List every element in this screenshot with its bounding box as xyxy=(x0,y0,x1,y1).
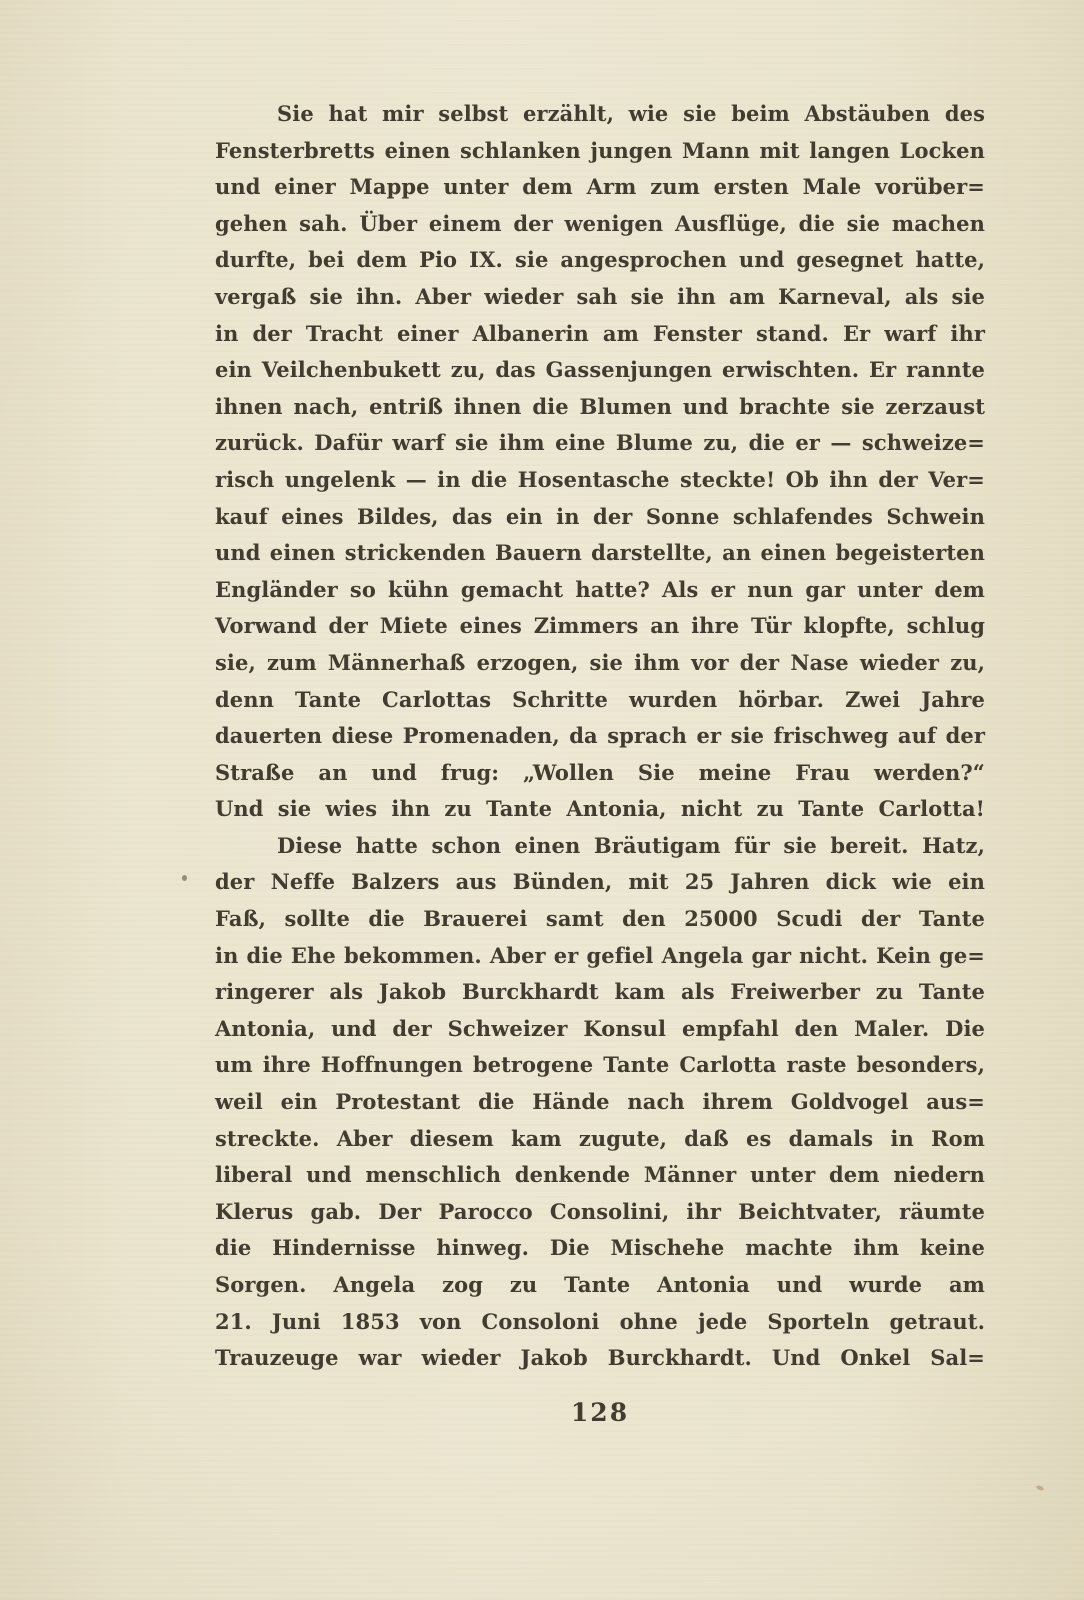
scan-artifact xyxy=(1036,1485,1045,1491)
text-line: sie, zum Männerhaß erzogen, sie ihm vor … xyxy=(215,645,985,682)
text-line: in die Ehe bekommen. Aber er gefiel Ange… xyxy=(215,938,985,975)
text-line: Fensterbretts einen schlanken jungen Man… xyxy=(215,133,985,170)
text-line: Sie hat mir selbst erzählt, wie sie beim… xyxy=(215,96,985,133)
text-line: kauf eines Bildes, das ein in der Sonne … xyxy=(215,499,985,536)
text-line: Straße an und frug: „Wollen Sie meine Fr… xyxy=(215,755,985,792)
text-line: und einer Mappe unter dem Arm zum ersten… xyxy=(215,169,985,206)
text-line: streckte. Aber diesem kam zugute, daß es… xyxy=(215,1121,985,1158)
text-line: weil ein Protestant die Hände nach ihrem… xyxy=(215,1084,985,1121)
text-line: Sorgen. Angela zog zu Tante Antonia und … xyxy=(215,1267,985,1304)
text-line: Faß, sollte die Brauerei samt den 25000 … xyxy=(215,901,985,938)
text-line: zurück. Dafür warf sie ihm eine Blume zu… xyxy=(215,425,985,462)
text-line: Engländer so kühn gemacht hatte? Als er … xyxy=(215,572,985,609)
text-line: ringerer als Jakob Burckhardt kam als Fr… xyxy=(215,974,985,1011)
paper-speck xyxy=(182,875,187,881)
text-line: denn Tante Carlottas Schritte wurden hör… xyxy=(215,682,985,719)
text-line: liberal und menschlich denkende Männer u… xyxy=(215,1157,985,1194)
book-page: Sie hat mir selbst erzählt, wie sie beim… xyxy=(0,0,1084,1600)
text-line: der Neffe Balzers aus Bünden, mit 25 Jah… xyxy=(215,864,985,901)
text-line: Und sie wies ihn zu Tante Antonia, nicht… xyxy=(215,791,985,828)
text-line: dauerten diese Promenaden, da sprach er … xyxy=(215,718,985,755)
text-line: risch ungelenk — in die Hosentasche stec… xyxy=(215,462,985,499)
text-line: Klerus gab. Der Parocco Consolini, ihr B… xyxy=(215,1194,985,1231)
text-line: ein Veilchenbukett zu, das Gassenjungen … xyxy=(215,352,985,389)
text-line: Diese hatte schon einen Bräutigam für si… xyxy=(215,828,985,865)
text-line: Vorwand der Miete eines Zimmers an ihre … xyxy=(215,608,985,645)
text-line: und einen strickenden Bauern darstellte,… xyxy=(215,535,985,572)
text-line: Antonia, und der Schweizer Konsul empfah… xyxy=(215,1011,985,1048)
text-line: in der Tracht einer Albanerin am Fenster… xyxy=(215,316,985,353)
text-line: ihnen nach, entriß ihnen die Blumen und … xyxy=(215,389,985,426)
page-text-block: Sie hat mir selbst erzählt, wie sie beim… xyxy=(215,96,985,1377)
text-line: um ihre Hoffnungen betrogene Tante Carlo… xyxy=(215,1047,985,1084)
text-line: vergaß sie ihn. Aber wieder sah sie ihn … xyxy=(215,279,985,316)
text-line: die Hindernisse hinweg. Die Mischehe mac… xyxy=(215,1230,985,1267)
text-line: 21. Juni 1853 von Consoloni ohne jede Sp… xyxy=(215,1304,985,1341)
text-line: Trauzeuge war wieder Jakob Burckhardt. U… xyxy=(215,1340,985,1377)
text-line: gehen sah. Über einem der wenigen Ausflü… xyxy=(215,206,985,243)
page-number: 128 xyxy=(215,1398,985,1427)
text-line: durfte, bei dem Pio IX. sie angesprochen… xyxy=(215,242,985,279)
